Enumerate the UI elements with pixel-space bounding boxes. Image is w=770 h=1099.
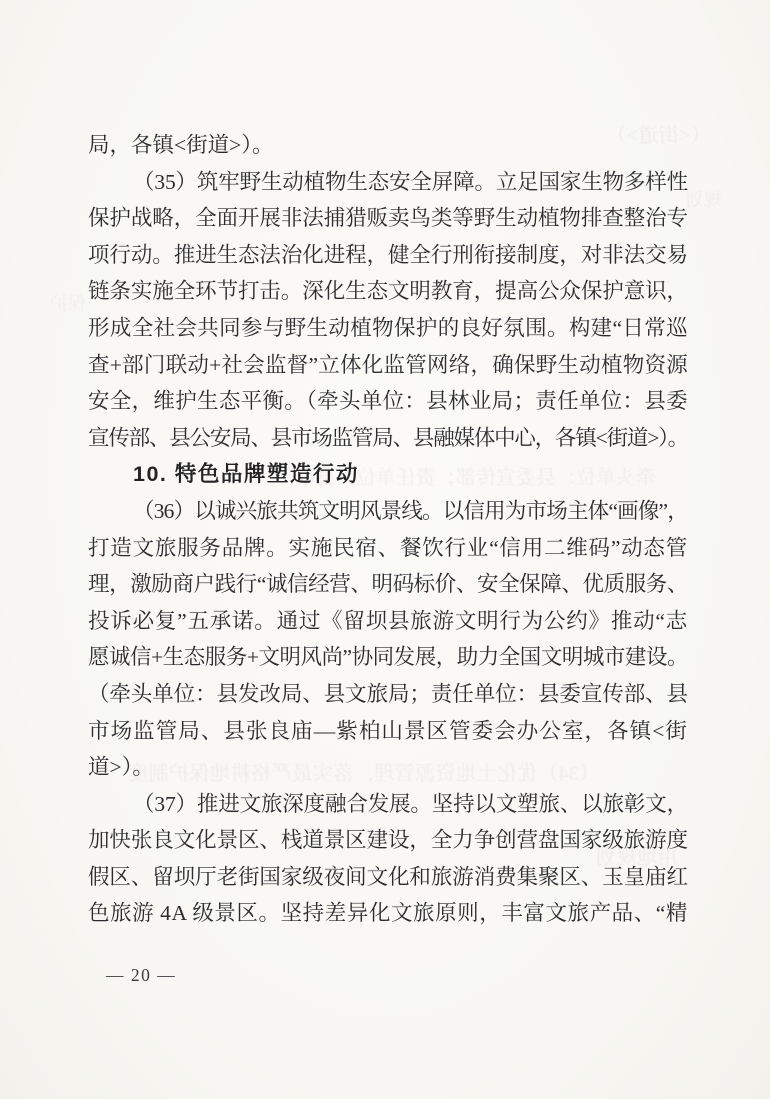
text-line: 局，各镇<街道>）。: [88, 127, 688, 164]
text-line: （35）筑牢野生动植物生态安全屏障。立足国家生物多样性: [88, 164, 688, 201]
page-number: — 20 —: [106, 965, 176, 986]
text-line: （37）推进文旅深度融合发展。坚持以文塑旅、以旅彰文，: [88, 786, 688, 823]
text-line: 色旅游 4A 级景区。坚持差异化文旅原则，丰富文旅产品、“精: [88, 895, 688, 932]
scanned-document-page: （<街道>） 牵头单位：县委宣传部；责任单位：县市 （34）优化土地资源管理，落…: [0, 0, 770, 1099]
text-line: 理，激励商户践行“诚信经营、明码标价、安全保障、优质服务、: [88, 566, 688, 603]
text-line: 打造文旅服务品牌。实施民宿、餐饮行业“信用二维码”动态管: [88, 530, 688, 567]
text-line: 安全，维护生态平衡。（牵头单位：县林业局；责任单位：县委: [88, 383, 688, 420]
bleedthrough-text: 规划: [686, 186, 722, 212]
text-line: 假区、留坝厅老街国家级夜间文化和旅游消费集聚区、玉皇庙红: [88, 859, 688, 896]
text-line: 链条实施全环节打击。深化生态文明教育，提高公众保护意识，: [88, 273, 688, 310]
text-line: 愿诚信+生态服务+文明风尚”协同发展，助力全国文明城市建设。: [88, 639, 688, 676]
text-line: （牵头单位：县发改局、县文旅局；责任单位：县委宣传部、县: [88, 676, 688, 713]
text-line: 加快张良文化景区、栈道景区建设，全力争创营盘国家级旅游度: [88, 822, 688, 859]
section-heading: 10. 特色品牌塑造行动: [88, 456, 688, 493]
text-line: 宣传部、县公安局、县市场监管局、县融媒体中心，各镇<街道>）。: [88, 420, 688, 457]
text-line: 查+部门联动+社会监督”立体化监管网络，确保野生动植物资源: [88, 347, 688, 384]
text-line: 形成全社会共同参与野生动植物保护的良好氛围。构建“日常巡: [88, 310, 688, 347]
text-line: 道>）。: [88, 749, 688, 786]
text-line: 投诉必复”五承诺。通过《留坝县旅游文明行为公约》推动“志: [88, 603, 688, 640]
text-line: （36）以诚兴旅共筑文明风景线。以信用为市场主体“画像”，: [88, 493, 688, 530]
document-body: 局，各镇<街道>）。 （35）筑牢野生动植物生态安全屏障。立足国家生物多样性 保…: [88, 127, 688, 932]
text-line: 保护战略，全面开展非法捕猎贩卖鸟类等野生动植物排查整治专: [88, 200, 688, 237]
text-line: 项行动。推进生态法治化进程，健全行刑衔接制度，对非法交易: [88, 237, 688, 274]
text-line: 市场监管局、县张良庙—紫柏山景区管委会办公室，各镇<街: [88, 713, 688, 750]
bleedthrough-text: 保护: [50, 290, 86, 316]
